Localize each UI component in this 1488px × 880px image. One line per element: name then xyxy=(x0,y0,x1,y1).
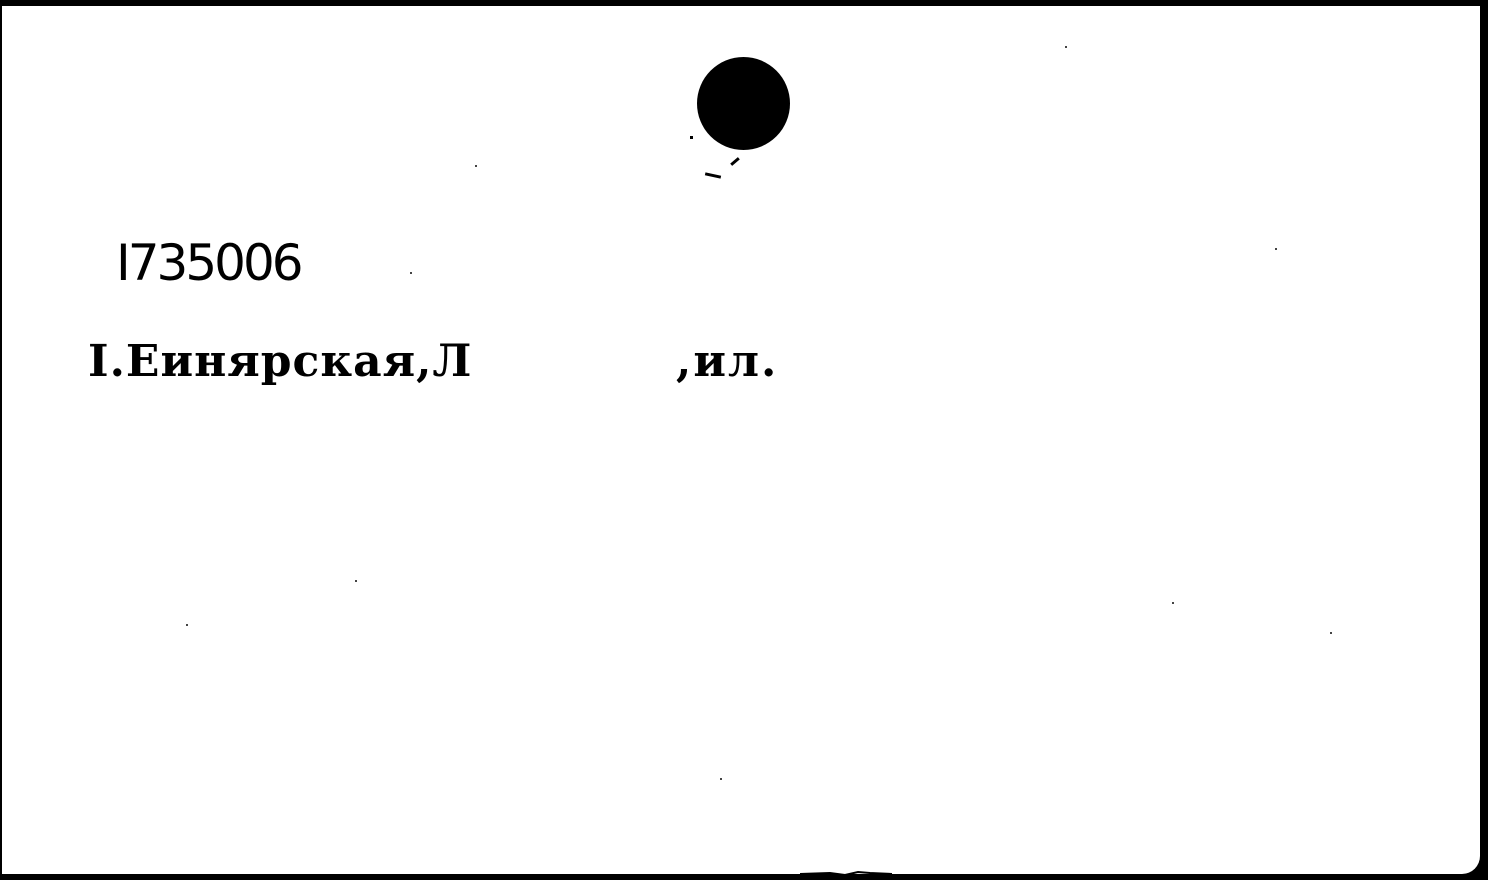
call-number: I735006 xyxy=(116,234,301,292)
scan-right-edge xyxy=(1480,0,1488,880)
pen-scribble xyxy=(800,870,895,876)
paper-speck xyxy=(1065,46,1067,48)
paper-speck xyxy=(186,624,188,626)
paper-speck xyxy=(1275,248,1277,250)
paper-speck xyxy=(720,778,722,780)
paper-speck xyxy=(475,165,477,167)
author-entry: I.Еинярская,Л xyxy=(88,336,472,387)
illustrations-note: ,ил. xyxy=(676,336,778,387)
paper-speck xyxy=(410,272,412,274)
ink-mark xyxy=(690,136,693,139)
paper-speck xyxy=(355,580,357,582)
punch-hole-icon xyxy=(697,57,790,150)
paper-speck xyxy=(1330,632,1332,634)
paper-speck xyxy=(1172,602,1174,604)
